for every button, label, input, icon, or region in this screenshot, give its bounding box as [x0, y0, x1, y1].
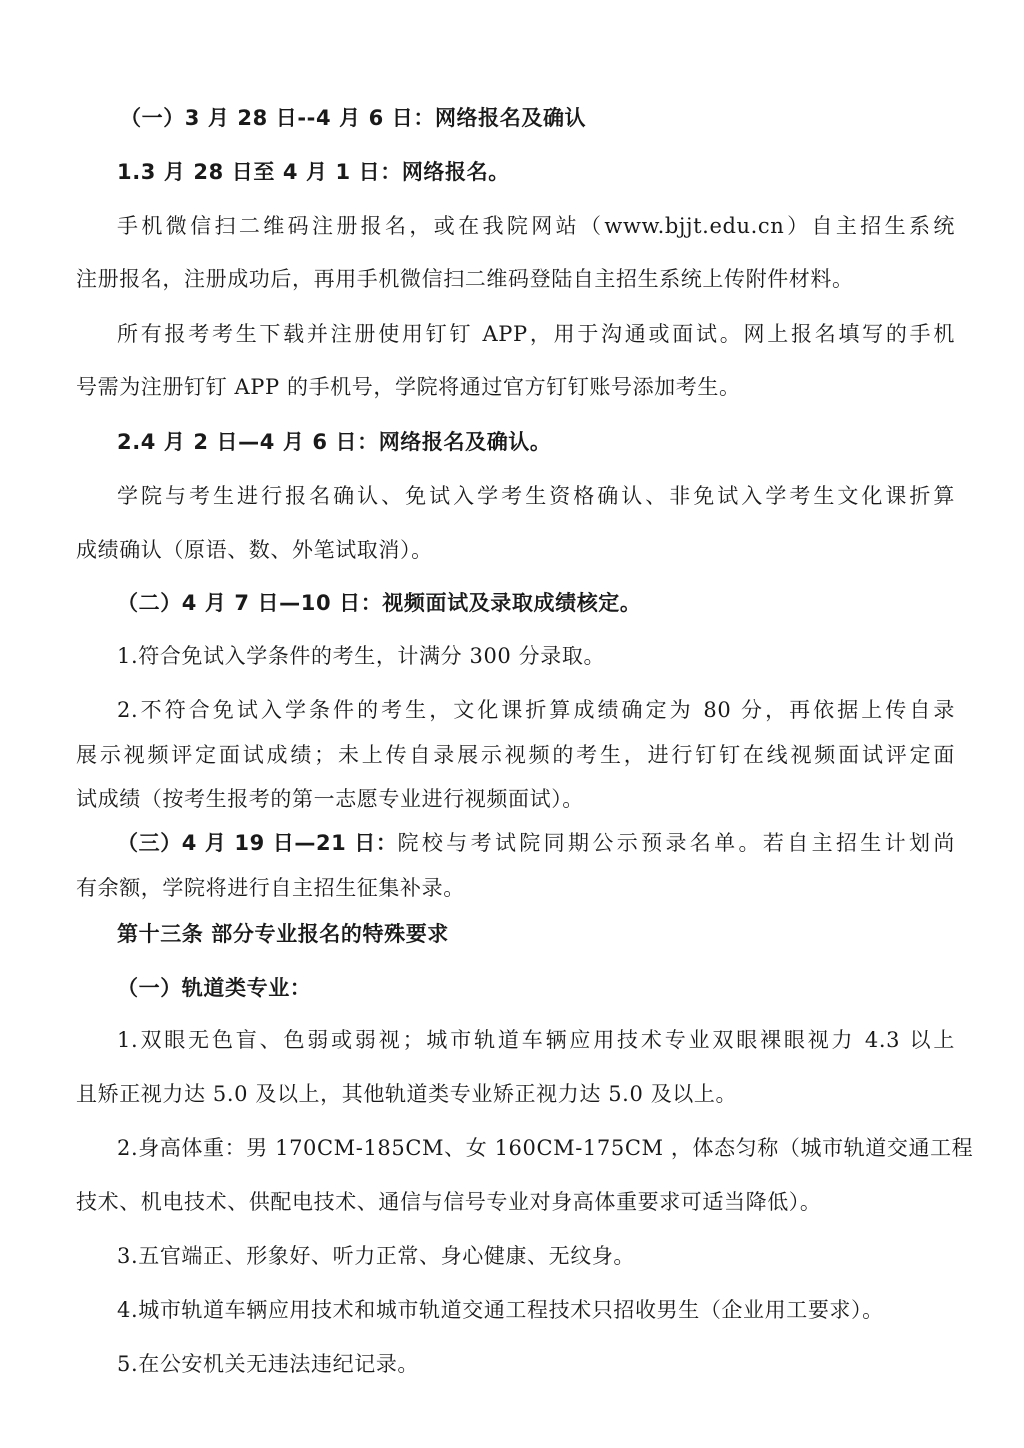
paragraph-line: 有余额，学院将进行自主招生征集补录。 [76, 874, 465, 902]
section-heading-3: （三）4 月 19 日—21 日： [117, 829, 398, 857]
paragraph-line: 手机微信扫二维码注册报名，或在我院网站（www.bjjt.edu.cn）自主招生… [117, 212, 955, 240]
item-heading-online-registration: 1.3 月 28 日至 4 月 1 日：网络报名。 [117, 158, 510, 186]
item-heading-registration-confirmation: 2.4 月 2 日—4 月 6 日：网络报名及确认。 [117, 428, 552, 456]
section-heading-2: （二）4 月 7 日—10 日：视频面试及录取成绩核定。 [117, 589, 642, 617]
paragraph-text: 院校与考试院同期公示预录名单。若自主招生计划尚 [398, 829, 955, 857]
list-item-line: 2.不符合免试入学条件的考生，文化课折算成绩确定为 80 分，再依据上传自录 [117, 696, 955, 724]
list-item: 3.五官端正、形象好、听力正常、身心健康、无纹身。 [117, 1242, 635, 1270]
list-item-line: 技术、机电技术、供配电技术、通信与信号专业对身高体重要求可适当降低）。 [76, 1188, 822, 1216]
paragraph-line: 注册报名，注册成功后，再用手机微信扫二维码登陆自主招生系统上传附件材料。 [76, 265, 854, 293]
paragraph-line: 成绩确认（原语、数、外笔试取消）。 [76, 536, 433, 564]
article-heading-13: 第十三条 部分专业报名的特殊要求 [117, 920, 449, 948]
list-item-line: 且矫正视力达 5.0 及以上，其他轨道类专业矫正视力达 5.0 及以上。 [76, 1080, 737, 1108]
paragraph-line: 所有报考考生下载并注册使用钉钉 APP，用于沟通或面试。网上报名填写的手机 [117, 320, 955, 348]
list-item-line: 1.双眼无色盲、色弱或弱视；城市轨道车辆应用技术专业双眼裸眼视力 4.3 以上 [117, 1026, 955, 1054]
list-item: 5.在公安机关无违法违纪记录。 [117, 1350, 419, 1378]
list-item: 1.符合免试入学条件的考生，计满分 300 分录取。 [117, 642, 605, 670]
section-heading-3-line: （三）4 月 19 日—21 日： 院校与考试院同期公示预录名单。若自主招生计划… [117, 829, 955, 857]
list-item-line: 2.身高体重：男 170CM-185CM、女 160CM-175CM ，体态匀称… [117, 1134, 955, 1162]
subsection-heading-rail-majors: （一）轨道类专业： [117, 974, 311, 1002]
paragraph-line: 学院与考生进行报名确认、免试入学考生资格确认、非免试入学考生文化课折算 [117, 482, 955, 510]
section-heading-1: （一）3 月 28 日--4 月 6 日：网络报名及确认 [120, 104, 586, 132]
list-item-line: 试成绩（按考生报考的第一志愿专业进行视频面试）。 [76, 785, 584, 813]
list-item-line: 展示视频评定面试成绩；未上传自录展示视频的考生，进行钉钉在线视频面试评定面 [76, 741, 955, 769]
list-item: 4.城市轨道车辆应用技术和城市轨道交通工程技术只招收男生（企业用工要求）。 [117, 1296, 884, 1324]
paragraph-line: 号需为注册钉钉 APP 的手机号，学院将通过官方钉钉账号添加考生。 [76, 373, 741, 401]
